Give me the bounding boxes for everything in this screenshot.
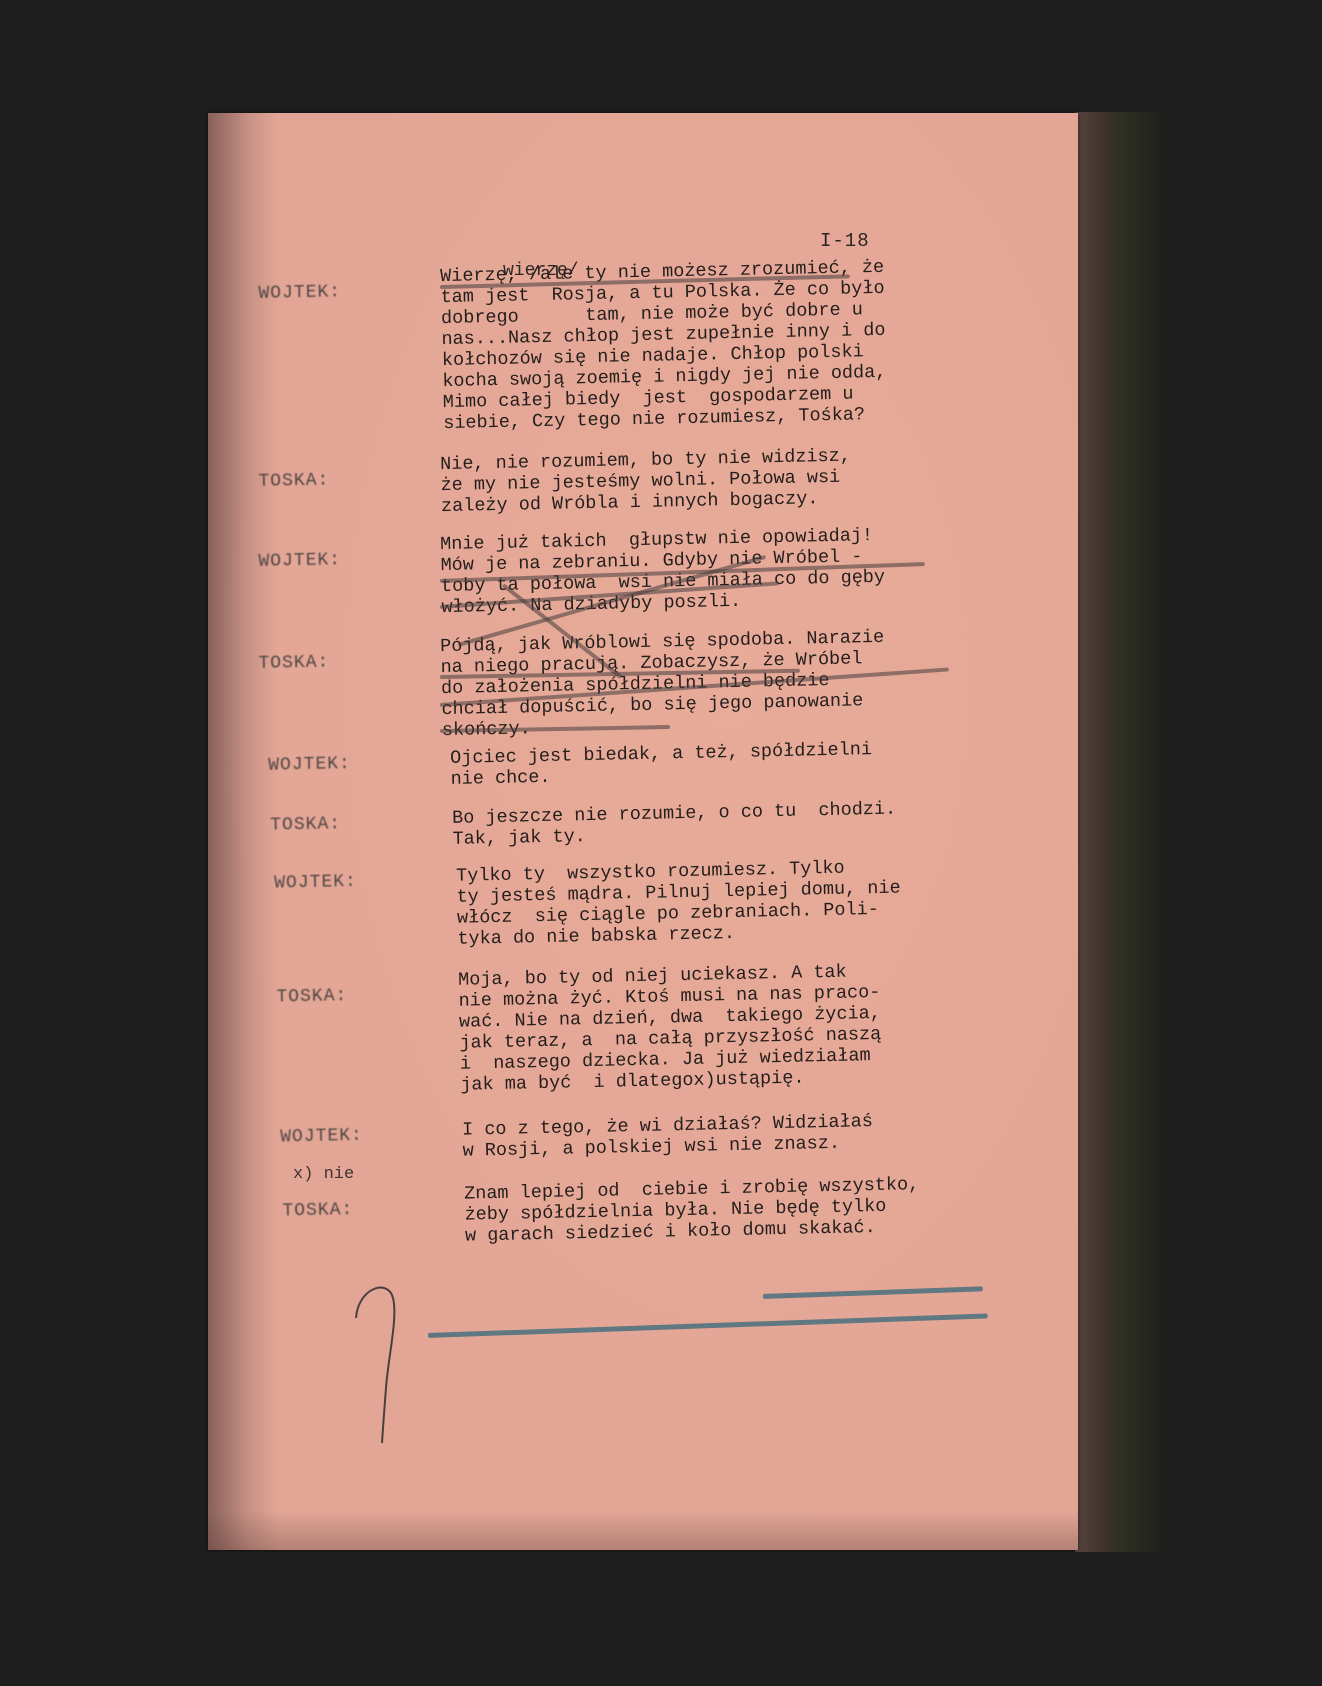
speaker-label: WOJTEK: <box>258 550 341 572</box>
speaker-label: WOJTEK: <box>268 754 351 776</box>
dialogue-block: WOJTEK:Mnie już takich głupstw nie opowi… <box>208 521 1078 539</box>
dialogue-text: Ojciec jest biedak, a też, spółdzielnini… <box>450 739 873 790</box>
dialogue-text: Znam lepiej od ciebie i zrobię wszystko,… <box>464 1174 920 1247</box>
dialogue-text: Nie, nie rozumiem, bo ty nie widzisz,że … <box>440 446 852 518</box>
dialogue-block: TOSKA:Bo jeszcze nie rozumie, o co tu ch… <box>208 795 1078 813</box>
page-number: I-18 <box>820 230 870 252</box>
dialogue-text: I co z tego, że wi działaś? Widziałaśw R… <box>462 1111 874 1162</box>
dialogue-text: Pójdą, jak Wróblowi się spodoba. Narazie… <box>440 627 886 741</box>
dialogue-text: Moja, bo ty od niej uciekasz. A taknie m… <box>458 961 882 1096</box>
blue-strike-line <box>428 1313 988 1338</box>
pencil-bracket-mark <box>348 1278 408 1448</box>
dialogue-block: WOJTEK:Ojciec jest biedak, a też, spółdz… <box>208 735 1078 753</box>
blue-strike-line <box>763 1286 983 1299</box>
dialogue-block: WOJTEK:I co z tego, że wi działaś? Widzi… <box>208 1107 1078 1125</box>
dialogue-block: WOJTEK:Tylko ty wszystko rozumiesz. Tylk… <box>208 853 1078 871</box>
page-edge-shadow <box>1075 112 1165 1552</box>
dialogue-block: TOSKA:Moja, bo ty od niej uciekasz. A ta… <box>208 957 1078 975</box>
speaker-label: WOJTEK: <box>258 282 341 304</box>
speaker-label: TOSKA: <box>282 1200 353 1221</box>
dialogue-text: Bo jeszcze nie rozumie, o co tu chodzi.T… <box>452 799 897 850</box>
speaker-label: TOSKA: <box>258 652 329 673</box>
speaker-label: TOSKA: <box>270 814 341 835</box>
speaker-label: WOJTEK: <box>274 872 357 894</box>
dialogue-block: TOSKA:Pójdą, jak Wróblowi się spodoba. N… <box>208 623 1078 641</box>
dialogue-block: TOSKA:Nie, nie rozumiem, bo ty nie widzi… <box>208 441 1078 459</box>
typewritten-page: I-18 wierzę/ WOJTEK:Wierzę, /ale ty nie … <box>208 113 1078 1550</box>
margin-note: x) nie <box>293 1165 354 1184</box>
dialogue-text: Tylko ty wszystko rozumiesz. Tylkoty jes… <box>456 857 902 950</box>
dialogue-block: WOJTEK:Wierzę, /ale ty nie możesz zrozum… <box>208 253 1078 271</box>
speaker-label: TOSKA: <box>276 986 347 1007</box>
speaker-label: TOSKA: <box>258 470 329 491</box>
speaker-label: WOJTEK: <box>280 1126 363 1148</box>
